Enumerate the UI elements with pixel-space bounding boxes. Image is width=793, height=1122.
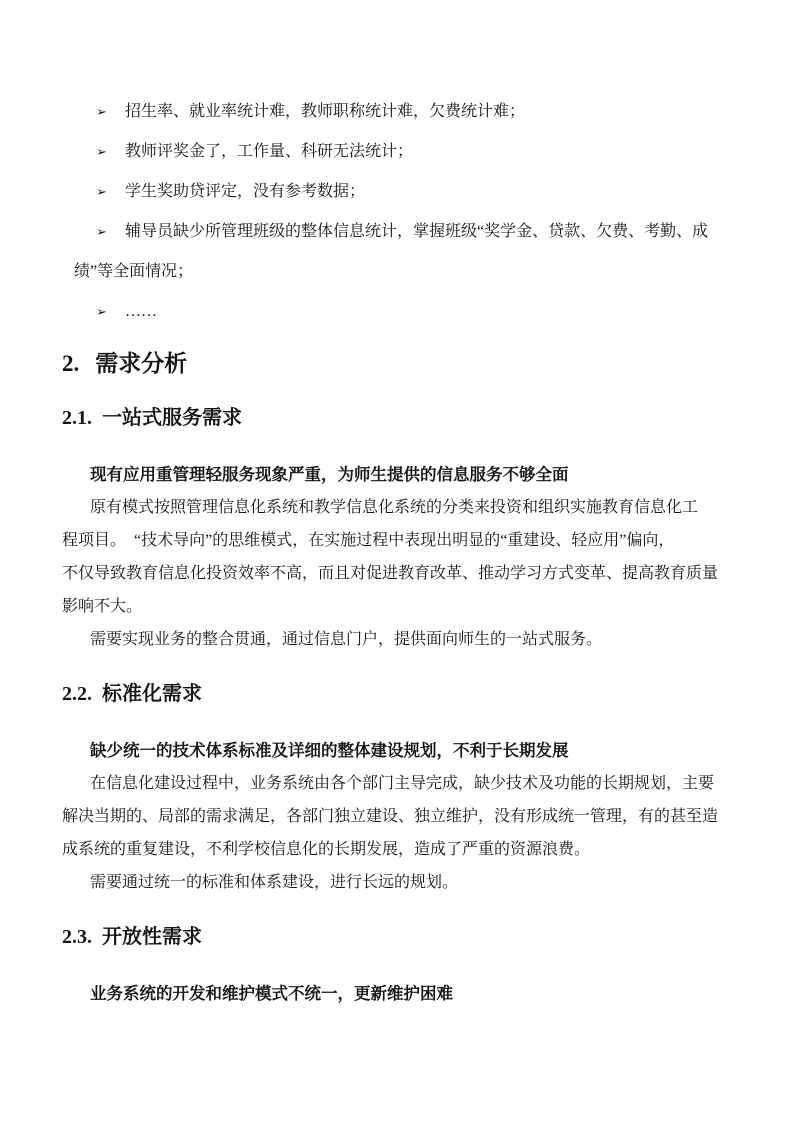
document-page: ➢招生率、就业率统计难，教师职称统计难，欠费统计难； ➢教师评奖金了，工作量、科…	[0, 0, 793, 1122]
paragraph-line: 不仅导致教育信息化投资效率不高，而且对促进教育改革、推动学习方式变革、提高教育质…	[62, 557, 738, 590]
paragraph: 需要实现业务的整合贯通，通过信息门户，提供面向师生的一站式服务。	[62, 623, 738, 656]
paragraph: 原有模式按照管理信息化系统和教学信息化系统的分类来投资和组织实施教育信息化工 程…	[62, 491, 738, 623]
list-item: ➢教师评奖金了，工作量、科研无法统计；	[62, 132, 738, 172]
section-heading: 2.2.标准化需求	[62, 680, 738, 708]
heading-number: 2.2.	[62, 683, 92, 705]
heading-number: 2.3.	[62, 926, 92, 948]
list-item-line: ➢辅导员缺少所管理班级的整体信息统计，掌握班级“奖学金、贷款、欠费、考勤、成	[62, 212, 738, 252]
arrow-bullet-icon: ➢	[96, 92, 125, 132]
list-item-text: 学生奖助贷评定，没有参考数据；	[125, 183, 365, 200]
section-one-stop-service: 2.1.一站式服务需求 现有应用重管理轻服务现象严重，为师生提供的信息服务不够全…	[62, 404, 738, 656]
list-item: ➢学生奖助贷评定，没有参考数据；	[62, 172, 738, 212]
arrow-bullet-icon: ➢	[96, 212, 125, 252]
section-heading: 2.3.开放性需求	[62, 923, 738, 951]
heading-text: 需求分析	[95, 351, 187, 376]
list-item: ➢……	[62, 292, 738, 332]
list-item-text: 绩”等全面情况；	[74, 252, 738, 292]
bullet-list: ➢招生率、就业率统计难，教师职称统计难，欠费统计难； ➢教师评奖金了，工作量、科…	[62, 92, 738, 332]
list-item: ➢招生率、就业率统计难，教师职称统计难，欠费统计难；	[62, 92, 738, 132]
paragraph-line: 影响不大。	[62, 590, 738, 623]
paragraph-line: 原有模式按照管理信息化系统和教学信息化系统的分类来投资和组织实施教育信息化工	[62, 491, 738, 524]
list-item-text: ……	[125, 303, 157, 320]
paragraph-line: 解决当期的、局部的需求满足，各部门独立建设、独立维护，没有形成统一管理，有的甚至…	[62, 800, 738, 833]
arrow-bullet-icon: ➢	[96, 172, 125, 212]
paragraph: 在信息化建设过程中，业务系统由各个部门主导完成，缺少技术及功能的长期规划，主要 …	[62, 767, 738, 866]
heading-text: 开放性需求	[102, 926, 202, 948]
list-item-text: 辅导员缺少所管理班级的整体信息统计，掌握班级“奖学金、贷款、欠费、考勤、成	[125, 223, 708, 240]
lead-statement: 缺少统一的技术体系标准及详细的整体建设规划，不利于长期发展	[62, 734, 738, 767]
list-item-text: 招生率、就业率统计难，教师职称统计难，欠费统计难；	[125, 103, 525, 120]
heading-text: 标准化需求	[102, 683, 202, 705]
heading-text: 一站式服务需求	[102, 407, 242, 429]
paragraph-line: 成系统的重复建设，不利学校信息化的长期发展，造成了严重的资源浪费。	[62, 833, 738, 866]
lead-statement: 现有应用重管理轻服务现象严重，为师生提供的信息服务不够全面	[62, 458, 738, 491]
list-item: ➢辅导员缺少所管理班级的整体信息统计，掌握班级“奖学金、贷款、欠费、考勤、成 绩…	[62, 212, 738, 292]
heading-number: 2.	[62, 351, 79, 376]
heading-requirements-analysis: 2.需求分析	[62, 348, 738, 380]
section-openness: 2.3.开放性需求 业务系统的开发和维护模式不统一，更新维护困难	[62, 923, 738, 1010]
section-heading: 2.1.一站式服务需求	[62, 404, 738, 432]
list-item-text: 教师评奖金了，工作量、科研无法统计；	[125, 143, 413, 160]
paragraph-line: 在信息化建设过程中，业务系统由各个部门主导完成，缺少技术及功能的长期规划，主要	[62, 767, 738, 800]
heading-number: 2.1.	[62, 407, 92, 429]
section-standardization: 2.2.标准化需求 缺少统一的技术体系标准及详细的整体建设规划，不利于长期发展 …	[62, 680, 738, 899]
lead-statement: 业务系统的开发和维护模式不统一，更新维护困难	[62, 977, 738, 1010]
paragraph-line: 程项目。 “技术导向”的思维模式，在实施过程中表现出明显的“重建设、轻应用”偏向…	[62, 524, 738, 557]
arrow-bullet-icon: ➢	[96, 292, 125, 332]
paragraph: 需要通过统一的标准和体系建设，进行长远的规划。	[62, 866, 738, 899]
arrow-bullet-icon: ➢	[96, 132, 125, 172]
